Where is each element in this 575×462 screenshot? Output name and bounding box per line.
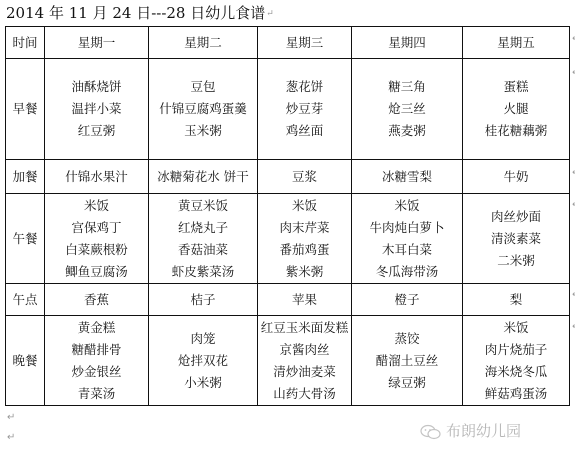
menu-cell: 黄金糕 糖醋排骨 炒金银丝 青菜汤 <box>45 316 149 406</box>
watermark-text: 布朗幼儿园 <box>446 422 521 440</box>
dish: 红烧丸子 <box>149 217 257 239</box>
dish: 温拌小菜 <box>45 98 148 120</box>
dish: 青菜汤 <box>45 383 148 405</box>
dish: 肉末芹菜 <box>258 217 351 239</box>
dish: 番茄鸡蛋 <box>258 239 351 261</box>
menu-cell: 牛奶 <box>463 160 570 194</box>
watermark: 布朗幼儿园 <box>420 420 521 441</box>
dish: 鲫鱼豆腐汤 <box>45 261 148 283</box>
dish: 苹果 <box>292 292 317 307</box>
menu-cell: 糖三角 炝三丝 燕麦粥 <box>352 59 463 160</box>
paragraph-mark-icon: ↵ <box>7 412 15 423</box>
menu-title-text: 2014 年 11 月 24 日---28 日幼儿食谱 <box>6 4 265 22</box>
meal-label: 加餐 <box>6 160 45 194</box>
dish: 木耳白菜 <box>352 239 462 261</box>
dish: 黄豆米饭 <box>149 195 257 217</box>
menu-cell: 梨 <box>463 284 570 316</box>
dish: 醋溜土豆丝 <box>352 350 462 372</box>
header-day-2: 星期二 <box>149 27 258 59</box>
header-time: 时间 <box>6 27 45 59</box>
dish: 冰糖菊花水 饼干 <box>157 169 248 184</box>
dish: 豆包 <box>149 76 257 98</box>
table-row-afternoon-snack: 午点 香蕉 桔子 苹果 橙子 梨 <box>6 284 570 316</box>
dish: 桔子 <box>190 292 215 307</box>
dish: 蒸饺 <box>352 328 462 350</box>
dish: 红豆玉米面发糕 <box>258 317 351 339</box>
menu-cell: 米饭 肉片烧茄子 海米烧冬瓜 鲜菇鸡蛋汤 <box>463 316 570 406</box>
menu-cell: 米饭 肉末芹菜 番茄鸡蛋 紫米粥 <box>258 194 352 284</box>
dish: 米饭 <box>463 317 569 339</box>
dish: 炝拌双花 <box>149 350 257 372</box>
table-row-lunch: 午餐 米饭 宫保鸡丁 白菜蕨根粉 鲫鱼豆腐汤 黄豆米饭 红烧丸子 香菇油菜 虾皮… <box>6 194 570 284</box>
dish: 豆浆 <box>292 169 317 184</box>
dish: 炒金银丝 <box>45 361 148 383</box>
dish: 白菜蕨根粉 <box>45 239 148 261</box>
menu-title: 2014 年 11 月 24 日---28 日幼儿食谱↵ <box>6 3 274 24</box>
dish: 火腿 <box>463 98 569 120</box>
dish: 冰糖雪梨 <box>382 169 432 184</box>
wechat-icon <box>420 424 442 440</box>
dish: 京酱肉丝 <box>258 339 351 361</box>
meal-label: 午点 <box>6 284 45 316</box>
table-row-dinner: 晚餐 黄金糕 糖醋排骨 炒金银丝 青菜汤 肉笼 炝拌双花 小米粥 红豆玉米面发糕… <box>6 316 570 406</box>
menu-cell: 豆包 什锦豆腐鸡蛋羹 玉米粥 <box>149 59 258 160</box>
dish: 炝三丝 <box>352 98 462 120</box>
dish: 米饭 <box>258 195 351 217</box>
dish: 燕麦粥 <box>352 120 462 142</box>
dish: 糖醋排骨 <box>45 339 148 361</box>
menu-cell: 苹果 <box>258 284 352 316</box>
paragraph-mark-icon: ↵ <box>266 9 274 19</box>
meal-label: 午餐 <box>6 194 45 284</box>
dish: 油酥烧饼 <box>45 76 148 98</box>
dish: 冬瓜海带汤 <box>352 261 462 283</box>
dish: 米饭 <box>45 195 148 217</box>
menu-cell: 米饭 牛肉炖白萝卜 木耳白菜 冬瓜海带汤 <box>352 194 463 284</box>
weekly-menu-table: 时间 星期一 星期二 星期三 星期四 星期五 早餐 油酥烧饼 温拌小菜 红豆粥 … <box>5 26 570 406</box>
dish: 鸡丝面 <box>258 120 351 142</box>
dish: 蛋糕 <box>463 76 569 98</box>
dish: 牛肉炖白萝卜 <box>352 217 462 239</box>
table-row-breakfast: 早餐 油酥烧饼 温拌小菜 红豆粥 豆包 什锦豆腐鸡蛋羹 玉米粥 葱花饼 炒豆芽 … <box>6 59 570 160</box>
menu-cell: 蒸饺 醋溜土豆丝 绿豆粥 <box>352 316 463 406</box>
menu-cell: 香蕉 <box>45 284 149 316</box>
dish: 牛奶 <box>503 169 528 184</box>
dish: 清淡素菜 <box>463 228 569 250</box>
menu-cell: 肉丝炒面 清淡素菜 二米粥 <box>463 194 570 284</box>
menu-cell: 肉笼 炝拌双花 小米粥 <box>149 316 258 406</box>
dish: 山药大骨汤 <box>258 383 351 405</box>
dish: 绿豆粥 <box>352 372 462 394</box>
header-day-1: 星期一 <box>45 27 149 59</box>
dish: 肉丝炒面 <box>463 206 569 228</box>
meal-label: 晚餐 <box>6 316 45 406</box>
menu-cell: 冰糖雪梨 <box>352 160 463 194</box>
dish: 清炒油麦菜 <box>258 361 351 383</box>
dish: 炒豆芽 <box>258 98 351 120</box>
header-day-3: 星期三 <box>258 27 352 59</box>
dish: 梨 <box>510 292 523 307</box>
menu-cell: 葱花饼 炒豆芽 鸡丝面 <box>258 59 352 160</box>
dish: 红豆粥 <box>45 120 148 142</box>
menu-cell: 什锦水果汁 <box>45 160 149 194</box>
menu-cell: 桔子 <box>149 284 258 316</box>
menu-cell: 冰糖菊花水 饼干 <box>149 160 258 194</box>
header-day-5: 星期五 <box>463 27 570 59</box>
menu-cell: 红豆玉米面发糕 京酱肉丝 清炒油麦菜 山药大骨汤 <box>258 316 352 406</box>
menu-cell: 蛋糕 火腿 桂花糖藕粥 <box>463 59 570 160</box>
menu-cell: 黄豆米饭 红烧丸子 香菇油菜 虾皮紫菜汤 <box>149 194 258 284</box>
dish: 香蕉 <box>84 292 109 307</box>
header-row: 时间 星期一 星期二 星期三 星期四 星期五 <box>6 27 570 59</box>
menu-cell: 豆浆 <box>258 160 352 194</box>
dish: 糖三角 <box>352 76 462 98</box>
dish: 什锦豆腐鸡蛋羹 <box>149 98 257 120</box>
dish: 虾皮紫菜汤 <box>149 261 257 283</box>
paragraph-mark-icon: ↵ <box>7 432 15 443</box>
dish: 鲜菇鸡蛋汤 <box>463 383 569 405</box>
dish: 香菇油菜 <box>149 239 257 261</box>
header-day-4: 星期四 <box>352 27 463 59</box>
dish: 桂花糖藕粥 <box>463 120 569 142</box>
meal-label: 早餐 <box>6 59 45 160</box>
dish: 二米粥 <box>463 250 569 272</box>
dish: 玉米粥 <box>149 120 257 142</box>
dish: 葱花饼 <box>258 76 351 98</box>
menu-cell: 米饭 宫保鸡丁 白菜蕨根粉 鲫鱼豆腐汤 <box>45 194 149 284</box>
menu-cell: 橙子 <box>352 284 463 316</box>
table-row-snack: 加餐 什锦水果汁 冰糖菊花水 饼干 豆浆 冰糖雪梨 牛奶 <box>6 160 570 194</box>
dish: 宫保鸡丁 <box>45 217 148 239</box>
dish: 海米烧冬瓜 <box>463 361 569 383</box>
dish: 肉片烧茄子 <box>463 339 569 361</box>
menu-cell: 油酥烧饼 温拌小菜 红豆粥 <box>45 59 149 160</box>
dish: 黄金糕 <box>45 317 148 339</box>
dish: 紫米粥 <box>258 261 351 283</box>
dish: 肉笼 <box>149 328 257 350</box>
dish: 米饭 <box>352 195 462 217</box>
dish: 橙子 <box>394 292 419 307</box>
dish: 什锦水果汁 <box>65 169 128 184</box>
dish: 小米粥 <box>149 372 257 394</box>
